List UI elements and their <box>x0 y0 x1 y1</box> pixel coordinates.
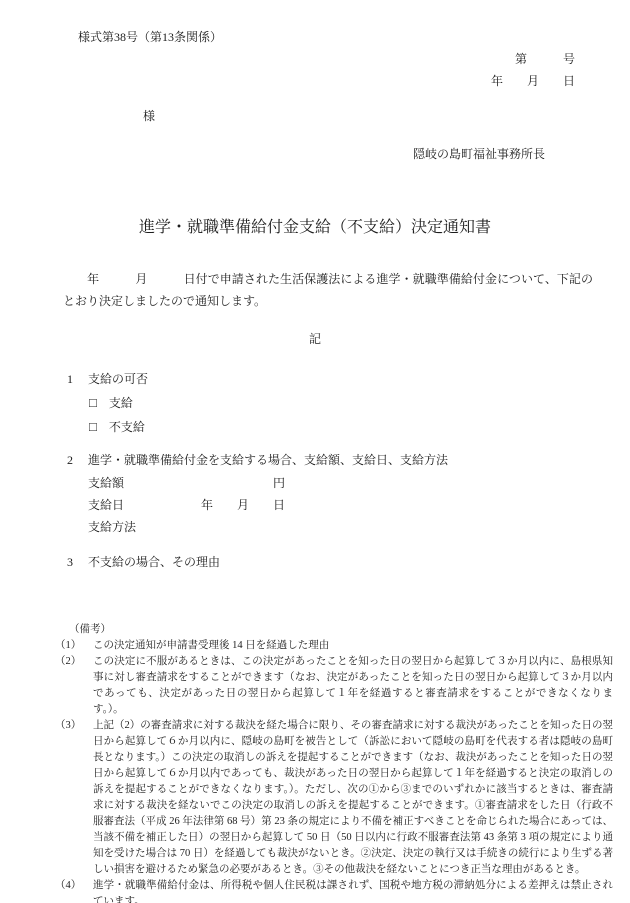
section-number: 1 <box>67 368 88 391</box>
section-number: 2 <box>67 449 88 472</box>
row-payment-date: 支給日年 月 日 <box>88 494 448 516</box>
section-number: 3 <box>67 551 88 574</box>
remark-item-3: （3） 上記（2）の審査請求に対する裁決を経た場合に限り、その審査請求に対する裁… <box>55 718 613 878</box>
remark-item-4: （4） 進学・就職準備給付金は、所得税や個人住民税は課されず、国税や地方税の滞納… <box>55 878 613 903</box>
page-title: 進学・就職準備給付金支給（不支給）決定通知書 <box>0 214 630 237</box>
payment-method-label: 支給方法 <box>88 516 201 538</box>
record-mark: 記 <box>0 330 630 347</box>
section-heading-label: 支給の可否 <box>88 372 148 386</box>
body-paragraph: 年 月 日付で申請された生活保護法による進学・就職準備給付金について、下記のとお… <box>63 268 593 312</box>
section-heading: 1支給の可否 <box>67 368 148 391</box>
addressee-suffix: 様 <box>143 107 155 124</box>
document-number-blank: 第 号 <box>515 50 575 67</box>
remarks-heading: （備考） <box>55 622 613 638</box>
remark-number: （4） <box>55 878 93 894</box>
remark-text: 上記（2）の審査請求に対する裁決を経た場合に限り、その審査請求に対する裁決があっ… <box>93 718 613 878</box>
document-page: 様式第38号（第13条関係） 第 号 年 月 日 様 隠岐の島町福祉事務所長 進… <box>0 0 630 903</box>
sender-title: 隠岐の島町福祉事務所長 <box>413 145 545 162</box>
section-heading: 2進学・就職準備給付金を支給する場合、支給額、支給日、支給方法 <box>67 449 448 472</box>
remark-number: （3） <box>55 718 93 734</box>
checkbox-label: 不支給 <box>109 420 145 434</box>
remark-text: この決定通知が申請書受理後 14 日を経過した理由 <box>93 638 613 654</box>
section-payment-decision: 1支給の可否 □支給 □不支給 <box>67 368 148 439</box>
amount-unit: 円 <box>201 476 285 490</box>
payment-date-blank: 年 月 日 <box>201 498 285 512</box>
remark-text: この決定に不服があるときは、この決定があったことを知った日の翌日から起算して３か… <box>93 654 613 718</box>
remarks-block: （備考） （1） この決定通知が申請書受理後 14 日を経過した理由 （2） こ… <box>55 622 613 903</box>
section-heading-label: 不支給の場合、その理由 <box>88 555 220 569</box>
option-shikyuu: □支給 <box>67 391 148 415</box>
checkbox-fushikyuu[interactable]: □ <box>89 415 97 438</box>
remark-item-1: （1） この決定通知が申請書受理後 14 日を経過した理由 <box>55 638 613 654</box>
payment-date-label: 支給日 <box>88 494 201 516</box>
section-payment-details: 2進学・就職準備給付金を支給する場合、支給額、支給日、支給方法 支給額 円 支給… <box>67 449 448 538</box>
section-denial-reason: 3不支給の場合、その理由 <box>67 551 220 574</box>
remark-text: 進学・就職準備給付金は、所得税や個人住民税は課されず、国税や地方税の滞納処分によ… <box>93 878 613 903</box>
checkbox-label: 支給 <box>109 396 133 410</box>
form-number: 様式第38号（第13条関係） <box>78 28 222 45</box>
section-heading: 3不支給の場合、その理由 <box>67 551 220 574</box>
remark-number: （2） <box>55 654 93 670</box>
row-amount: 支給額 円 <box>88 472 448 494</box>
checkbox-shikyuu[interactable]: □ <box>89 391 97 414</box>
remark-item-2: （2） この決定に不服があるときは、この決定があったことを知った日の翌日から起算… <box>55 654 613 718</box>
row-payment-method: 支給方法 <box>88 516 448 538</box>
remark-number: （1） <box>55 638 93 654</box>
amount-label: 支給額 <box>88 472 201 494</box>
section-heading-label: 進学・就職準備給付金を支給する場合、支給額、支給日、支給方法 <box>88 453 448 467</box>
issue-date-blank: 年 月 日 <box>491 72 575 89</box>
option-fushikyuu: □不支給 <box>67 415 148 439</box>
